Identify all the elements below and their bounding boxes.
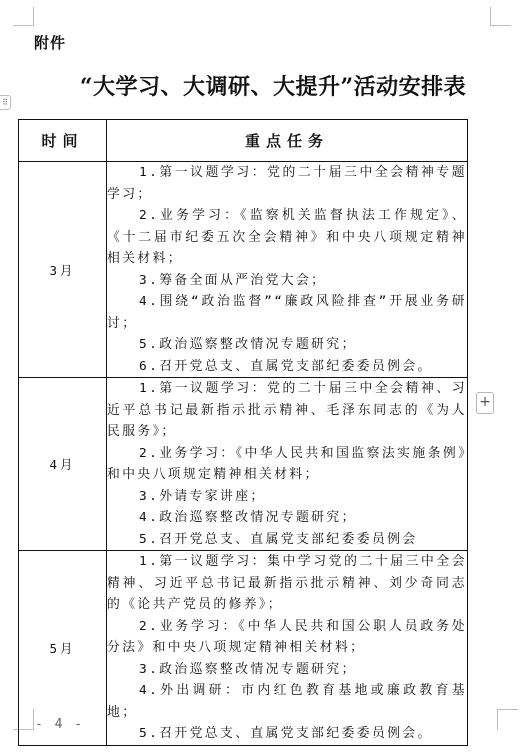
task-item: 5.召开党总支、直属党支部纪委委员例会 (107, 529, 467, 551)
task-item: 3.外请专家讲座； (107, 486, 467, 508)
task-item: 1.第一议题学习：集中学习党的二十届三中全会精神、习近平总书记最新指示批示精神、… (107, 551, 467, 616)
task-item: 3.筹备全面从严治党大会； (107, 270, 467, 292)
task-item: 4.围绕“政治监督”“廉政风险排查”开展业务研讨； (107, 291, 467, 334)
task-item: 4.政治巡察整改情况专题研究； (107, 507, 467, 529)
task-item: 2.业务学习：《中华人民共和国监察法实施条例》和中央八项规定精神相关材料； (107, 443, 467, 486)
task-item: 1.第一议题学习：党的二十届三中全会精神、习近平总书记最新指示批示精神、毛泽东同… (107, 378, 467, 443)
attachment-label: 附件 (34, 32, 66, 53)
page-corner-mark-top-left (13, 7, 34, 26)
task-item: 2.业务学习：《监察机关监督执法工作规定》、《十二届市纪委五次全会精神》和中央八… (107, 205, 467, 270)
table-header-row: 时间 重点任务 (19, 120, 468, 162)
task-item: 5.召开党总支、直属党支部纪委委员例会。 (107, 723, 467, 745)
task-item: 2.业务学习：《中华人民共和国公职人员政务处分法》和中央八项规定精神相关材料； (107, 616, 467, 659)
header-key-tasks: 重点任务 (107, 120, 468, 162)
task-item: 5.政治巡察整改情况专题研究； (107, 334, 467, 356)
add-row-button[interactable]: + (476, 392, 494, 414)
month-cell[interactable]: 4月 (19, 378, 107, 551)
table-move-handle-icon[interactable]: ⠿ (0, 95, 11, 110)
table-row: 4月 1.第一议题学习：党的二十届三中全会精神、习近平总书记最新指示批示精神、毛… (19, 378, 468, 551)
task-item: 1.第一议题学习：党的二十届三中全会精神专题学习； (107, 162, 467, 205)
table-row: 3月 1.第一议题学习：党的二十届三中全会精神专题学习； 2.业务学习：《监察机… (19, 162, 468, 378)
task-item: 3.政治巡察整改情况专题研究； (107, 659, 467, 681)
task-item: 6.召开党总支、直属党支部纪委委员例会。 (107, 356, 467, 378)
document-title: “大学习、大调研、大提升”活动安排表 (0, 70, 524, 101)
header-time: 时间 (19, 120, 107, 162)
tasks-cell[interactable]: 1.第一议题学习：集中学习党的二十届三中全会精神、习近平总书记最新指示批示精神、… (107, 551, 468, 746)
page-corner-mark-bottom-right (497, 709, 518, 730)
activity-schedule-table: 时间 重点任务 3月 1.第一议题学习：党的二十届三中全会精神专题学习； 2.业… (18, 119, 468, 746)
page-corner-mark-top-right (490, 7, 511, 26)
month-cell[interactable]: 3月 (19, 162, 107, 378)
task-item: 4.外出调研：市内红色教育基地或廉政教育基地； (107, 680, 467, 723)
table-row: 5月 1.第一议题学习：集中学习党的二十届三中全会精神、习近平总书记最新指示批示… (19, 551, 468, 746)
page-number: - 4 - (35, 717, 84, 732)
month-cell[interactable]: 5月 (19, 551, 107, 746)
tasks-cell[interactable]: 1.第一议题学习：党的二十届三中全会精神专题学习； 2.业务学习：《监察机关监督… (107, 162, 468, 378)
tasks-cell[interactable]: 1.第一议题学习：党的二十届三中全会精神、习近平总书记最新指示批示精神、毛泽东同… (107, 378, 468, 551)
